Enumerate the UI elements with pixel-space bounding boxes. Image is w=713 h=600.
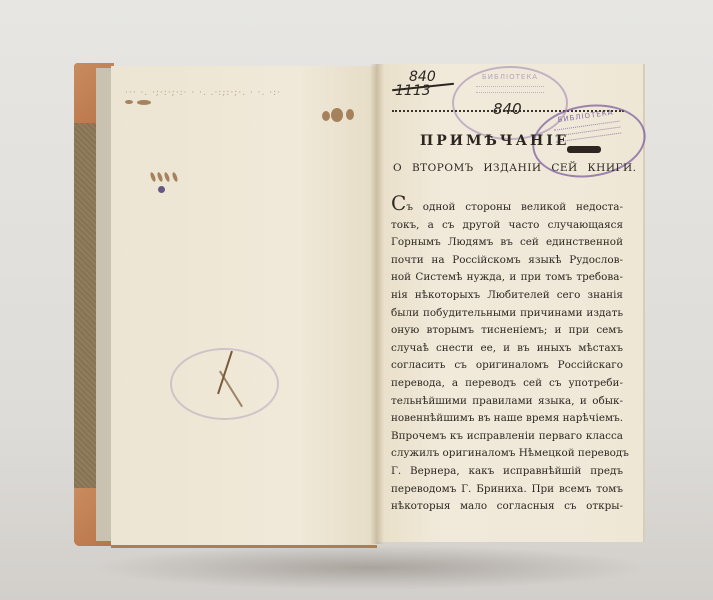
- text-line: нія нѣкоторыхъ Любителей сего знанія: [391, 287, 623, 305]
- handwritten-number: 840: [493, 100, 522, 118]
- text-line: Горнымъ Людямъ въ сей единственной: [391, 234, 623, 252]
- ink-stain: [149, 172, 156, 183]
- page-heading: ПРИМѢЧАНІЕ: [420, 133, 569, 149]
- text-line: нѣкоторыя мало согласныя съ откры-: [391, 498, 623, 516]
- text-line: случаѣ снести ее, и въ иныхъ мѣстахъ: [391, 340, 623, 358]
- text-line: тельнѣйшими правилами языка, и обык-: [391, 393, 623, 411]
- text-line: согласить съ оригиналомъ Россійскаго: [391, 357, 623, 375]
- redaction-mark: [567, 146, 601, 153]
- text-line: Г. Вернера, какъ исправнѣйшій предъ: [391, 463, 623, 481]
- text-line: перевода, а переводъ сей съ употреби-: [391, 375, 623, 393]
- open-book: ··· ·. ·;·:·;·:· · ·. .·:;:·;·. · ·. ·:·…: [0, 0, 713, 600]
- handwritten-shelfmark: 840 1113: [395, 70, 436, 98]
- text-line: токъ, а съ другой часто случающаяся: [391, 217, 623, 235]
- ink-blot: [158, 186, 165, 193]
- ink-stain: [346, 109, 354, 120]
- text-line: оную вторымъ тисненіемъ; и при семъ: [391, 322, 623, 340]
- left-page: ··· ·. ·;·:·;·:· · ·. .·:;:·;·. · ·. ·:·: [111, 66, 377, 548]
- body-text: Съ одной стороны великой недоста- токъ, …: [391, 196, 623, 516]
- text-line: новеннѣйшимъ въ наше время нарѣчіемъ.: [391, 410, 623, 428]
- ink-stain: [322, 111, 330, 121]
- ink-stain: [171, 172, 178, 183]
- text-line: были побудительными причинами издать: [391, 305, 623, 323]
- text-line: почти на Россійскомъ языкѣ Рудослов-: [391, 252, 623, 270]
- text-line: переводомъ Г. Бриниха. При всемъ томъ: [391, 481, 623, 499]
- show-through-text: ··· ·. ·;·:·;·:· · ·. .·:;:·;·. · ·. ·:·: [125, 88, 281, 98]
- ink-stain: [156, 172, 163, 183]
- text-line: Впрочемъ къ исправленіи перваго класса: [391, 428, 623, 446]
- text-line: служилъ оригиналомъ Нѣмецкой переводъ: [391, 445, 623, 463]
- ink-stain: [137, 100, 151, 105]
- book-gutter: [370, 64, 384, 544]
- page-subheading: О ВТОРОМЪ ИЗДАНІИ СЕЙ КНИГИ.: [393, 162, 636, 174]
- ink-stain: [331, 108, 343, 122]
- ink-stain: [163, 172, 170, 183]
- faded-library-stamp: [170, 348, 279, 420]
- ink-stain: [125, 100, 133, 104]
- drop-cap: С: [391, 191, 406, 215]
- text-line: Съ одной стороны великой недоста-: [391, 196, 623, 217]
- text-line: ной Системѣ нужда, и при томъ требова-: [391, 269, 623, 287]
